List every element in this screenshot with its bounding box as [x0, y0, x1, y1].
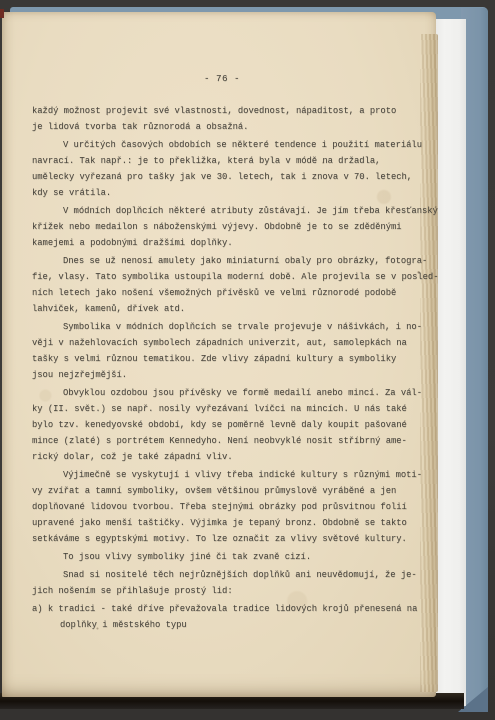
book-photo: { "document": { "page_number_label": "- … — [0, 0, 495, 720]
list-item-a: a) k tradici - také dříve převažovala tr… — [32, 601, 438, 633]
page-number: - 76 - — [32, 72, 412, 86]
paragraph: Výjimečně se vyskytují i vlivy třeba ind… — [32, 467, 438, 547]
text-line: každý možnost projevit své vlastnosti, d… — [32, 103, 438, 119]
text-line: kdy se vrátila. — [32, 185, 438, 201]
text-line: rický dolar, což je také západní vliv. — [32, 449, 438, 465]
text-line: jich nošením se přihlašuje prostý lid: — [32, 583, 438, 599]
text-line: mince (zlaté) s portrétem Kennedyho. Nen… — [32, 433, 438, 449]
paragraph: V módních doplňcích některé atributy zůs… — [32, 203, 438, 251]
text-line: V určitých časových obdobích se některé … — [32, 137, 438, 153]
text-line: Snad si nositelé těch nejrůznějších dopl… — [32, 567, 438, 583]
text-line: křížek nebo medailon s náboženskými výje… — [32, 219, 438, 235]
text-line: věji v nažehlovacích symbolech západních… — [32, 335, 438, 351]
text-line: Výjimečně se vyskytují i vlivy třeba ind… — [32, 467, 438, 483]
text-line: setkáváme s egyptskými motivy. To lze oz… — [32, 531, 438, 547]
text-line: umělecky vyřezaná pro tašky jak ve 30. l… — [32, 169, 438, 185]
text-line: To jsou vlivy symboliky jiné či tak zvan… — [32, 549, 438, 565]
text-line: lahviček, kamenů, dřívek atd. — [32, 301, 438, 317]
text-line: bylo tzv. kenedyovské období, kdy se pom… — [32, 417, 438, 433]
paragraph-continuation: každý možnost projevit své vlastnosti, d… — [32, 103, 438, 135]
text-line: fie, vlasy. Tato symbolika ustoupila mod… — [32, 269, 438, 285]
text-line: kamejemi a podobnými dražšími doplňky. — [32, 235, 438, 251]
text-line: Obvyklou ozdobou jsou přívěsky ve formě … — [32, 385, 438, 401]
text-line: jsou nejzřejmější. — [32, 367, 438, 383]
document-text-body: každý možnost projevit své vlastnosti, d… — [32, 103, 438, 633]
text-line: a) k tradici - také dříve převažovala tr… — [32, 601, 438, 617]
paragraph: Dnes se už nenosí amulety jako miniaturn… — [32, 253, 438, 317]
text-line: navrací. Tak např.: je to překližka, kte… — [32, 153, 438, 169]
text-line: tašky s velmi různou tematikou. Zde vliv… — [32, 351, 438, 367]
paragraph: Obvyklou ozdobou jsou přívěsky ve formě … — [32, 385, 438, 465]
text-line: doplňky i městského typu — [32, 617, 438, 633]
paragraph: To jsou vlivy symboliky jiné či tak zvan… — [32, 549, 438, 565]
paragraph: Snad si nositelé těch nejrůznějších dopl… — [32, 567, 438, 599]
paragraph: Symbolika v módních doplňcích se trvale … — [32, 319, 438, 383]
text-line: doplňované lidovou tvorbou. Třeba stejný… — [32, 499, 438, 515]
text-line: ních letech jako nošení všemožných přívě… — [32, 285, 438, 301]
book-spine-sliver — [0, 9, 4, 18]
text-line: Symbolika v módních doplňcích se trvale … — [32, 319, 438, 335]
text-line: vy zvířat a tamní symboliky, ovšem větši… — [32, 483, 438, 499]
text-line: upravené jako menší taštičky. Výjimka je… — [32, 515, 438, 531]
text-line: je lidová tvorba tak různorodá a obsažná… — [32, 119, 438, 135]
text-line: Dnes se už nenosí amulety jako miniaturn… — [32, 253, 438, 269]
text-line: ky (II. svět.) se např. nosily vyřezávan… — [32, 401, 438, 417]
text-line: V módních doplňcích některé atributy zůs… — [32, 203, 438, 219]
paragraph: V určitých časových obdobích se některé … — [32, 137, 438, 201]
